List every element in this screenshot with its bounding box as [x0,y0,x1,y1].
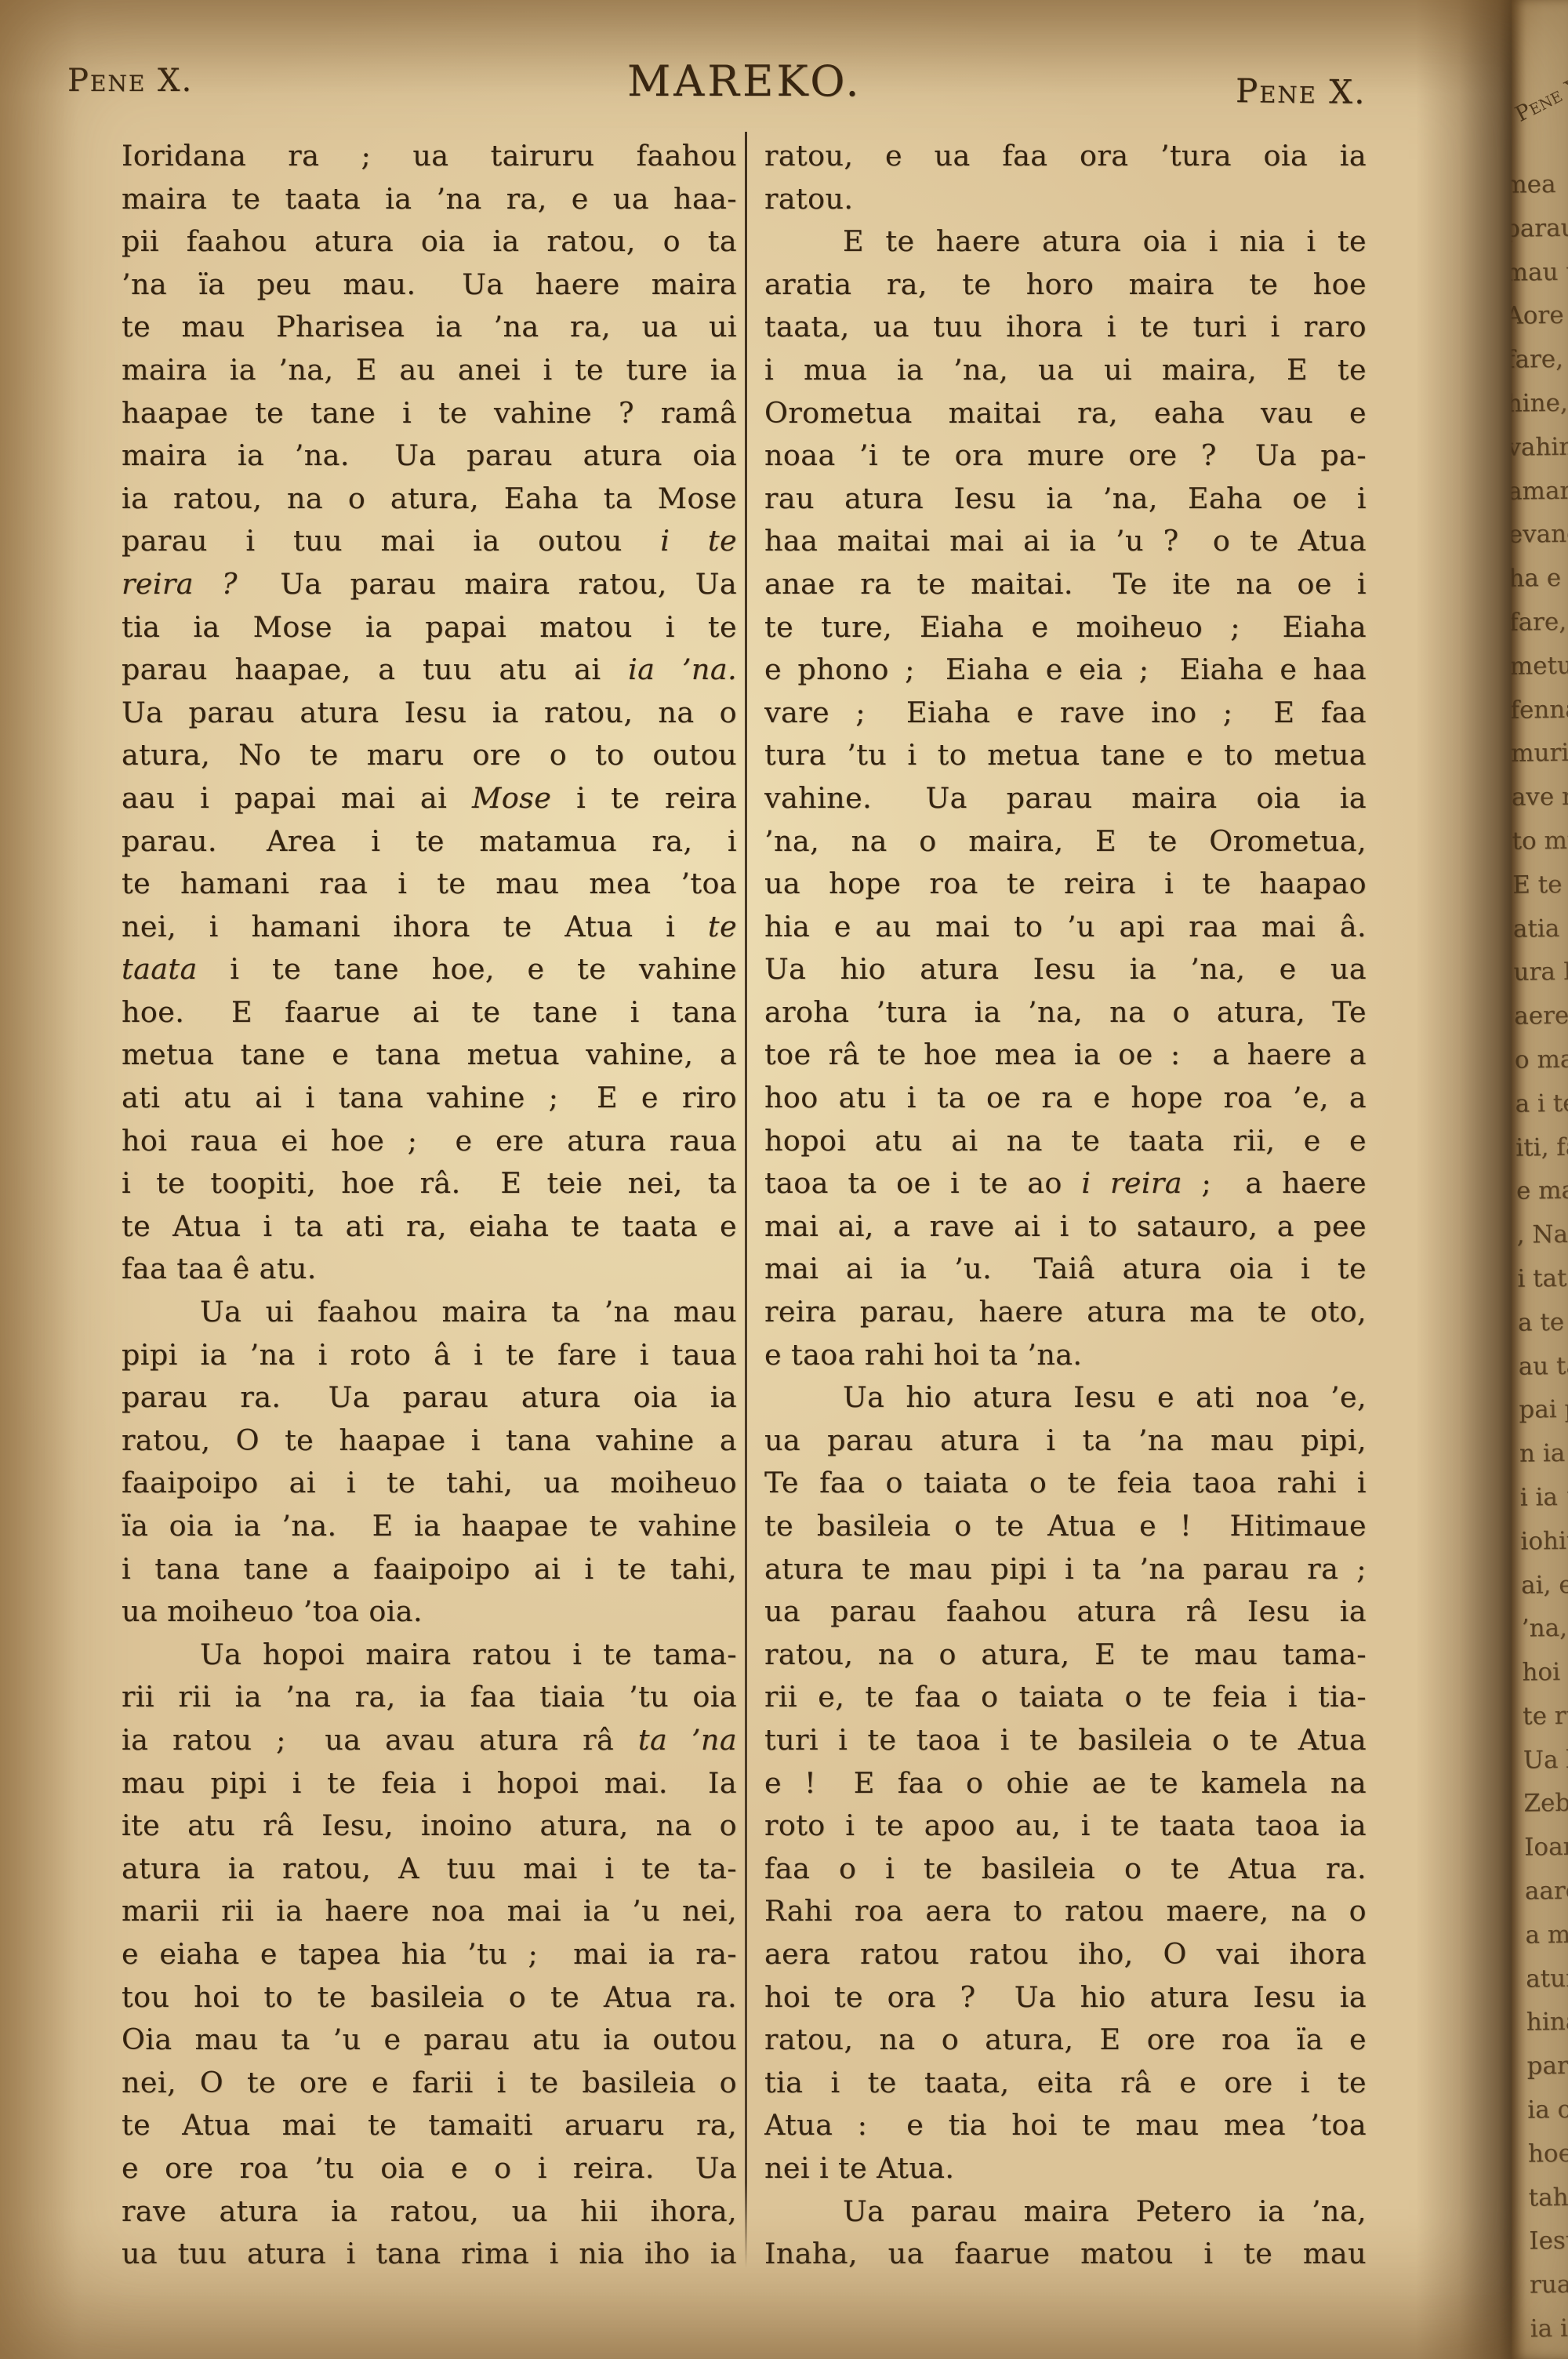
text-line: 26Rahi roa aera to ratou maere, na o [764,1890,1367,1933]
text-line: ua hope roa te reira i te haapao [764,863,1367,906]
text-line: faa o i te basileia o te Atua ra. [764,1848,1367,1891]
text-line: taata i te tane hoe, e te vahine [122,948,737,991]
text-line: nei, O te ore e farii i te basileia o [122,2062,737,2105]
text-line: e eiaha e tapea hia ’tu ; mai ia ra- [122,1933,737,1976]
text-line: reira parau, haere atura ma te oto, [764,1291,1367,1334]
column-divider-rule [745,132,747,2268]
adjacent-page-text-fragment: ’na, e [1521,1607,1568,1652]
text-line: nei, i hamani ihora te Atua i te [122,906,737,949]
adjacent-page-text-fragment: muri n [1512,732,1568,776]
text-line: ia ratou ; ua avau atura râ ta ’na [122,1719,737,1762]
adjacent-page-header: Pene X [1512,73,1568,127]
text-line: 14mau pipi i te feia i hopoi mai. Ia [122,1762,737,1805]
adjacent-page-text-fragment: o ma [1515,1038,1568,1082]
text-line: ia ratou, na o atura, Eaha ta Mose [122,478,737,521]
adjacent-page-text-fragment: Aore [1512,294,1568,339]
adjacent-page-text-fragment: ia oe t [1527,2088,1568,2132]
adjacent-page-text-fragment: aaro r [1525,1869,1568,1914]
adjacent-page-text-fragment: rua i [1530,2263,1568,2307]
text-line: Te faa o taiata o te feia taoa rahi i [764,1462,1367,1505]
adjacent-page-text-fragment: mau t [1512,250,1568,295]
adjacent-page-text-fragment: parau [1526,2044,1568,2088]
adjacent-page-text-fragment: fenna, [1512,688,1568,732]
text-line: ratou, e ua faa ora ’tura oia ia [764,135,1367,178]
adjacent-page-text-fragment: fare, i [1512,600,1568,645]
page-gutter-shadow [1416,0,1512,2359]
text-line: haapae te tane i te vahine ? ramâ [122,392,737,435]
text-line: rave atura ia ratou, ua hii ihora, [122,2190,737,2234]
text-line: 17E te haere atura oia i nia i te [764,220,1367,264]
text-line: taoa ta oe i te ao i reira ; a haere [764,1162,1367,1205]
text-line: Ioridana ra ; ua tairuru faahou [122,135,737,178]
text-line: tura ’tu i to metua tane e to metua [764,734,1367,777]
text-line: hopoi atu ai na te taata rii, e e [764,1120,1367,1163]
text-line: ua parau faahou atura râ Iesu ia [764,1590,1367,1634]
right-column: ratou, e ua faa ora ’tura oia iaratou.17… [764,135,1367,2276]
text-line: te Atua mai te tamaiti aruaru ra, [122,2104,737,2147]
adjacent-page-text-fragment: hinaar [1526,2001,1568,2045]
adjacent-page-text-fragment: n ia ’ [1519,1431,1568,1476]
text-line: maira te taata ia ’na ra, e ua haa- [122,178,737,221]
text-line: 18noaa ’i te ora mure ore ? Ua pa- [764,434,1367,478]
running-header-right: Pene X. [1236,71,1367,111]
text-line: rii e, te faa o taiata o te feia i tia- [764,1676,1367,1719]
text-line: 2’na ïa peu mau. Ua haere maira [122,264,737,307]
text-line: ua tuu atura i tana rima i nia iho ia [122,2233,737,2276]
text-line: 3maira ia ’na. Ua parau atura oia [122,434,737,478]
text-line: 21Ua hio atura Iesu ia ’na, e ua [764,948,1367,991]
adjacent-page-text-fragment: vahine [1512,425,1568,470]
text-line: Orometua maitai ra, eaha vau e [764,392,1367,435]
adjacent-page-text-fragment: a i te [1515,1081,1568,1126]
adjacent-page-text-fragment: atia i [1513,907,1568,951]
text-line: vare ; Eiaha e rave ino ; E faa [764,692,1367,735]
text-line: 9i te toopiti, hoe râ. E teie nei, ta [122,1162,737,1205]
adjacent-page-text-fragment: parau [1512,206,1568,251]
text-line: atura te mau pipi i ta ’na parau ra ; [764,1548,1367,1591]
left-column: Ioridana ra ; ua tairuru faahoumaira te … [122,135,737,2276]
text-line: rii rii ia ’na ra, ia faa tiaia ’tu oia [122,1676,737,1719]
text-line: ’na, na o maira, E te Orometua, [764,820,1367,863]
adjacent-page-text-fragment: a mau [1525,1913,1568,1957]
text-line: 19anae ra te maitai. Te ite na oe i [764,563,1367,606]
text-line: tia ia Mose ia papai matou i te [122,606,737,649]
adjacent-page-text-fragment: i ia ’r [1519,1475,1568,1520]
page-title: MAREKO. [627,56,862,106]
text-line: ratou, na o atura, E te mau tama- [764,1634,1367,1677]
adjacent-page-text-fragment: ha e h [1512,557,1568,602]
adjacent-page-text-fragment: i tato [1517,1256,1568,1301]
text-line: ratou, O te haapae i tana vahine a [122,1419,737,1463]
adjacent-page-text-fragment: tahi i [1528,2175,1568,2220]
text-line: e phono ; Eiaha e eia ; Eiaha e haa [764,649,1367,692]
text-line: 23Ua hio atura Iesu e ati noa ’e, [764,1376,1367,1419]
adjacent-page-text: meaparaumau tAorefare, ehine, evahineama… [1512,162,1568,2351]
text-line: hoo atu i ta oe ra e hope roa ’e, a [764,1077,1367,1120]
text-line: turi i te taoa i te basileia o te Atua [764,1719,1367,1762]
text-line: ratou. [764,178,1367,221]
text-line: 7hoe. E faarue ai te tane i tana [122,991,737,1034]
adjacent-page-text-fragment: Iesu i [1529,2219,1568,2264]
text-line: maira ia ’na, E au anei i te ture ia [122,349,737,392]
text-line: 22mai ai ia ’u. Taiâ atura oia i te [764,1248,1367,1291]
text-line: 11parau ra. Ua parau atura oia ia [122,1376,737,1419]
text-line: parau haapae, a tuu atu ai ia ’na. [122,649,737,692]
text-line: haa maitai mai ai ia ’u ? o te Atua [764,520,1367,563]
text-line: metua tane e tana metua vahine, a [122,1034,737,1077]
text-line: aau i papai mai ai Mose i te reira [122,777,737,820]
text-line: parau i tuu mai ia outou i te [122,520,737,563]
text-line: 10Ua ui faahou maira ta ’na mau [122,1291,737,1334]
text-line: 28Ua parau maira Petero ia ’na, [764,2190,1367,2234]
adjacent-page-text-fragment: Zebeda [1523,1782,1568,1826]
text-line: 20vahine. Ua parau maira oia ia [764,777,1367,820]
text-line: 13Ua hopoi maira ratou i te tama- [122,1634,737,1677]
text-line: nei i te Atua. [764,2147,1367,2190]
text-line: tia i te taata, eita râ e ore i te [764,2062,1367,2105]
text-line: hoi raua ei hoe ; e ere atura raua [122,1120,737,1163]
book-page-scan: Pene X. MAREKO. Pene X. Ioridana ra ; ua… [0,0,1568,2359]
text-line: [6parau. Area i te matamua ra, i [122,820,737,863]
adjacent-page-text-fragment: , Na [1516,1212,1568,1257]
text-line: toe râ te hoe mea ia oe : a haere a [764,1034,1367,1077]
text-line: ite atu râ Iesu, inoino atura, na o [122,1805,737,1848]
text-line: ratou, na o atura, E ore roa ïa e [764,2019,1367,2062]
adjacent-page-text-fragment: Ua l [1523,1738,1568,1783]
adjacent-page-text-fragment: ia inu [1530,2306,1568,2351]
adjacent-page-text-fragment: E te [1512,863,1568,907]
adjacent-page-text-fragment: atura o [1526,1957,1568,2001]
text-line: faaipoipo ai i te tahi, ua moiheuo [122,1462,737,1505]
text-line: rau atura Iesu ia ’na, Eaha oe i [764,478,1367,521]
adjacent-page-text-fragment: iti, faa [1515,1125,1568,1170]
adjacent-page-text-fragment: amari [1512,469,1568,514]
adjacent-page-text-fragment: fare, e [1512,338,1568,383]
adjacent-page-text-fragment: iohito [1520,1519,1568,1564]
text-line: i mua ia ’na, ua ui maira, E te [764,349,1367,392]
text-line: aratia ra, te horo maira te hoe [764,264,1367,307]
text-line: 25e ! E faa o ohie ae te kamela na [764,1762,1367,1805]
text-line: ua moiheuo ’toa oia. [122,1590,737,1634]
adjacent-page-text-fragment: metua [1512,644,1568,689]
adjacent-page-text-fragment: mea [1512,162,1568,207]
text-line: i tana tane a faaipoipo ai i te tahi, [122,1548,737,1591]
text-line: 24te basileia o te Atua e ! Hitimaue [764,1505,1367,1548]
adjacent-page-text-fragment: pai p [1519,1388,1568,1433]
text-line: 5Ua parau atura Iesu ia ratou, na o [122,692,737,735]
text-line: hia e au mai to ’u api raa mai â. [764,906,1367,949]
text-line: roto i te apoo au, i te taata taoa ia [764,1805,1367,1848]
adjacent-page-text-fragment: ave ra [1512,775,1568,820]
text-line: aera ratou ratou iho, O vai ihora [764,1933,1367,1976]
text-line: 8ati atu ai i tana vahine ; E e riro [122,1077,737,1120]
text-line: aroha ’tura ia ’na, na o atura, Te [764,991,1367,1034]
text-line: 4reira ? Ua parau maira ratou, Ua [122,563,737,606]
text-line: faa taa ê atu. [122,1248,737,1291]
adjacent-page-text-fragment: ura Ie [1513,951,1568,995]
text-line: ua parau atura i ta ’na mau pipi, [764,1419,1367,1463]
text-line: 27hoi te ora ? Ua hio atura Iesu ia [764,1976,1367,2019]
text-line: pii faahou atura oia ia ratou, o ta [122,220,737,264]
text-line: atura ia ratou, A tuu mai i te ta- [122,1848,737,1891]
text-line: te mau Pharisea ia ’na ra, ua ui [122,306,737,349]
adjacent-page-text-fragment: aere i [1514,994,1568,1038]
text-line: te hamani raa i te mau mea ’toa [122,863,737,906]
adjacent-page-text-fragment: au ta [1518,1344,1568,1389]
adjacent-page-text-fragment: e mau [1516,1169,1568,1214]
adjacent-page-text-fragment: Ioane, [1524,1826,1568,1870]
text-line: Inaha, ua faarue matou i te mau [764,2233,1367,2276]
adjacent-page-text-fragment: a te T [1518,1300,1568,1345]
text-line: te Atua i ta ati ra, eiaha te taata e [122,1205,737,1249]
text-line: 15Oia mau ta ’u e parau atu ia outou [122,2019,737,2062]
text-line: atura, No te maru ore o to outou [122,734,737,777]
text-line: taata, ua tuu ihora i te turi i raro [764,306,1367,349]
text-line: 12ïa oia ia ’na. E ia haapae te vahine [122,1505,737,1548]
text-line: tou hoi to te basileia o te Atua ra. [122,1976,737,2019]
text-line: marii rii ia haere noa mai ia ’u nei, [122,1890,737,1933]
text-line: mai ai, a rave ai i to satauro, a pee [764,1205,1367,1249]
text-line: pipi ia ’na i roto â i te fare i taua [122,1334,737,1377]
adjacent-page-text-fragment: to mu [1512,819,1568,863]
adjacent-page-text-fragment: evanel [1512,513,1568,558]
adjacent-page-text-fragment: te rui [1523,1694,1568,1739]
text-line: 16e ore roa ’tu oia e o i reira. Ua [122,2147,737,2190]
adjacent-page-text-fragment: hoi ; e [1522,1650,1568,1695]
book-fore-edge: Pene X meaparaumau tAorefare, ehine, eva… [1512,0,1568,2359]
adjacent-page-text-fragment: ai, e [1521,1563,1568,1608]
adjacent-page-text-fragment: hoe o [1528,2132,1568,2176]
adjacent-page-text-fragment: hine, e [1512,381,1568,426]
text-line: te ture, Eiaha e moiheuo ; Eiaha [764,606,1367,649]
text-line: e taoa rahi hoi ta ’na. [764,1334,1367,1377]
text-line: Atua : e tia hoi te mau mea ’toa [764,2104,1367,2147]
running-header-left: Pene X. [67,63,193,99]
